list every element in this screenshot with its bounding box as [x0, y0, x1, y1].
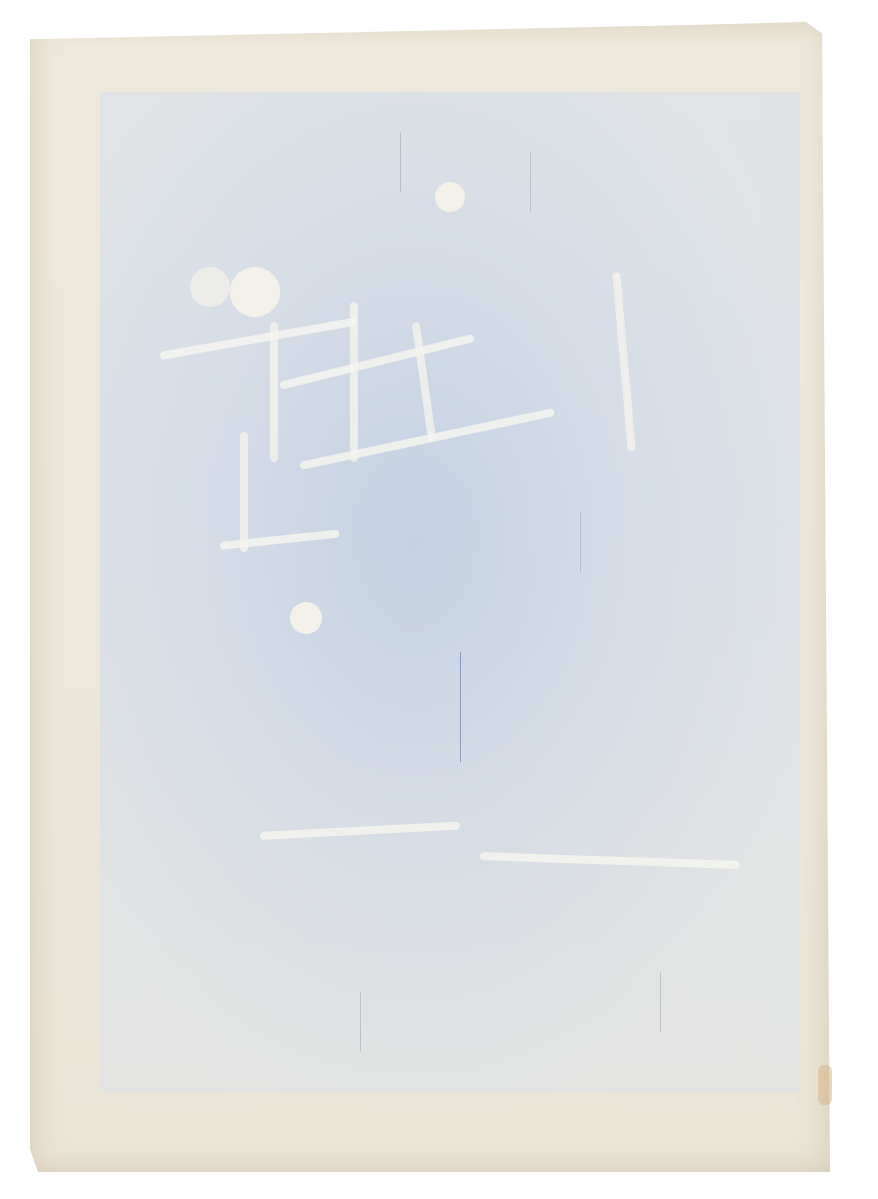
streak: [220, 529, 340, 549]
streak: [350, 302, 358, 462]
crack: [530, 152, 531, 212]
crack: [660, 972, 661, 1032]
crack: [400, 132, 401, 192]
moon-dot: [190, 267, 230, 307]
paper-sheet: [30, 22, 830, 1172]
streak: [412, 322, 437, 442]
streak: [159, 317, 357, 360]
streak: [612, 272, 636, 452]
moon-dot: [435, 182, 465, 212]
streak: [260, 822, 460, 840]
crack: [460, 652, 461, 762]
moon-dot: [290, 602, 322, 634]
streak: [240, 432, 248, 552]
streak: [480, 852, 740, 869]
streak: [279, 334, 475, 390]
moon-dot: [230, 267, 280, 317]
ink-bleed-area: [100, 92, 800, 1092]
paper-stain: [818, 1065, 832, 1105]
crack: [360, 992, 361, 1052]
crack: [580, 512, 581, 572]
streak: [270, 322, 278, 462]
